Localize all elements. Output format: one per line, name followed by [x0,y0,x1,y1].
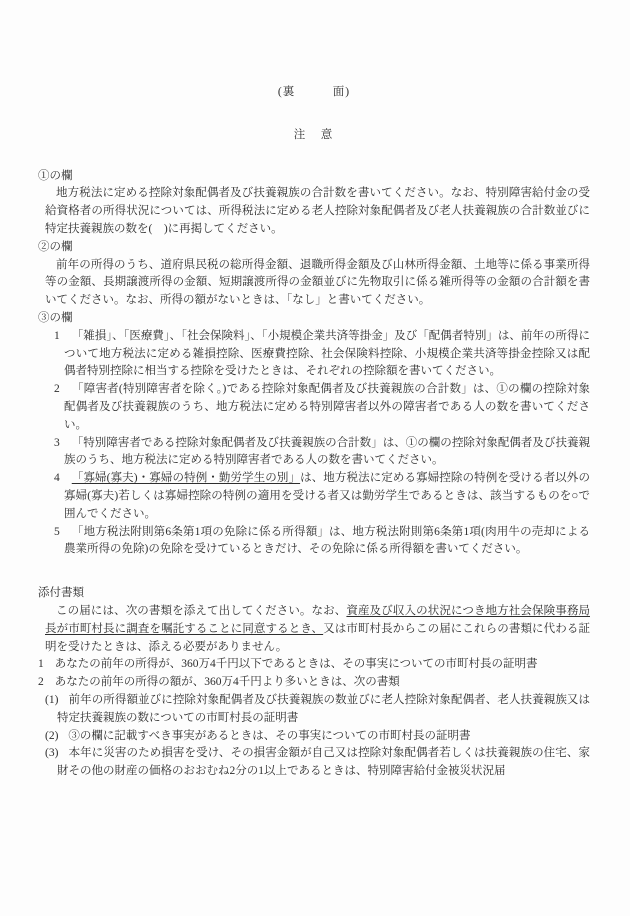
attachment-subitem-2-number: (2) [45,730,68,742]
note-item-3-number: 3 [54,437,72,449]
section-2-heading: ②の欄 [38,239,590,257]
note-item-4-number: 4 [54,472,72,484]
attachment-subitem-2: (2)③の欄に記載すべき事実があるときは、その事実についての市町村長の証明書 [57,728,590,746]
note-item-1-number: 1 [54,330,72,342]
attachment-item-1-number: 1 [38,658,55,670]
attachment-subitem-3: (3)本年に災害のため損害を受け、その損害金額が自己又は控除対象配偶者若しくは扶… [57,745,590,781]
note-item-3-text: 「特別障害者である控除対象配偶者及び扶養親族の合計数」は、①の欄の控除対象配偶者… [64,437,590,467]
note-item-2-text: 「障害者(特別障害者を除く。)である控除対象配偶者及び扶養親族の合計数」は、①の… [64,383,590,431]
note-item-5-number: 5 [54,526,72,538]
attachment-item-1-text: あなたの前年の所得が、360万4千円以下であるときは、その事実についての市町村長… [55,658,538,670]
attachment-item-2-number: 2 [38,676,55,688]
attachment-item-1: 1あなたの前年の所得が、360万4千円以下であるときは、その事実についての市町村… [55,656,590,674]
attachments-heading: 添付書類 [38,585,590,603]
note-item-4-underlined-phrase: 「寡婦(寡夫)・寡婦の特例・勤労学生の別」 [72,472,300,484]
note-item-5: 5「地方税法附則第6条第1項の免除に係る所得額」は、地方税法附則第6条第1項(肉… [64,524,590,560]
section-1-heading: ①の欄 [38,168,590,186]
note-item-1-text: 「雑損」、「医療費」、「社会保険料」、「小規模企業共済等掛金」及び「配偶者特別」… [64,330,590,378]
attachment-subitem-2-text: ③の欄に記載すべき事実があるときは、その事実についての市町村長の証明書 [68,730,470,742]
attachment-item-2: 2あなたの前年の所得の額が、360万4千円より多いときは、次の書類 [55,674,590,692]
attachment-subitem-3-number: (3) [45,747,68,759]
note-item-4: 4「寡婦(寡夫)・寡婦の特例・勤労学生の別」は、地方税法に定める寡婦控除の特例を… [64,470,590,523]
document-page: (裏 面) 注 意 ①の欄 地方税法に定める控除対象配偶者及び扶養親族の合計数を… [0,0,630,916]
section-2-body: 前年の所得のうち、道府県民税の総所得金額、退職所得金額及び山林所得金額、土地等に… [45,257,590,310]
attachment-subitem-1-number: (1) [45,694,68,706]
section-1-body: 地方税法に定める控除対象配偶者及び扶養親族の合計数を書いてください。なお、特別障… [45,185,590,238]
attachments-intro: この届には、次の書類を添えて出してください。なお、資産及び収入の状況につき地方社… [45,603,590,656]
attachment-item-2-text: あなたの前年の所得の額が、360万4千円より多いときは、次の書類 [55,676,400,688]
section-3-heading: ③の欄 [38,310,590,328]
notice-title: 注 意 [38,127,590,145]
attachment-subitem-1-text: 前年の所得額並びに控除対象配偶者及び扶養親族の数並びに老人控除対象配偶者、老人扶… [57,694,590,724]
note-item-2: 2「障害者(特別障害者を除く。)である控除対象配偶者及び扶養親族の合計数」は、①… [64,381,590,434]
note-item-5-text: 「地方税法附則第6条第1項の免除に係る所得額」は、地方税法附則第6条第1項(肉用… [64,526,590,556]
attachment-subitem-1: (1)前年の所得額並びに控除対象配偶者及び扶養親族の数並びに老人控除対象配偶者、… [57,692,590,728]
back-side-label: (裏 面) [38,84,590,102]
note-item-1: 1「雑損」、「医療費」、「社会保険料」、「小規模企業共済等掛金」及び「配偶者特別… [64,328,590,381]
note-item-2-number: 2 [54,383,72,395]
note-item-3: 3「特別障害者である控除対象配偶者及び扶養親族の合計数」は、①の欄の控除対象配偶… [64,435,590,471]
attachments-intro-pre: この届には、次の書類を添えて出してください。なお、 [56,605,346,617]
attachment-subitem-3-text: 本年に災害のため損害を受け、その損害金額が自己又は控除対象配偶者若しくは扶養親族… [57,747,590,777]
